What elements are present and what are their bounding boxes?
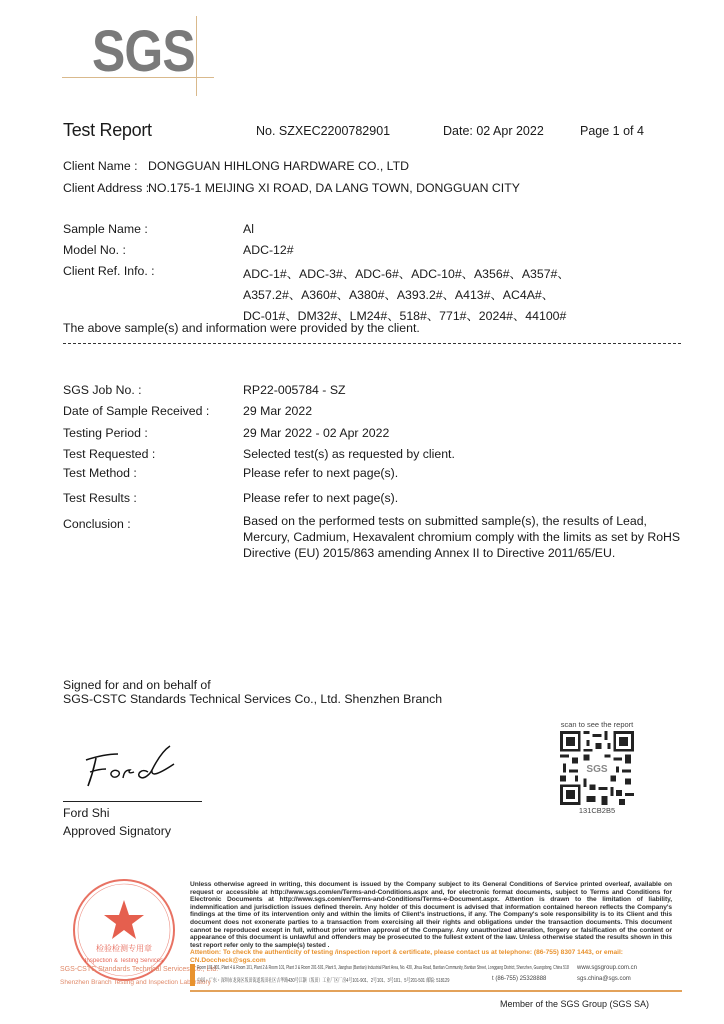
model-no-value: ADC-12#	[243, 243, 294, 257]
client-name-label: Client Name :	[63, 159, 138, 173]
client-address-label: Client Address :	[63, 181, 149, 195]
job-no-value: RP22-005784 - SZ	[243, 383, 346, 397]
legal-disclaimer: Unless otherwise agreed in writing, this…	[190, 881, 672, 949]
address-english: Room 101-901, Plant 4 & Room 101, Plant …	[197, 965, 569, 971]
model-no-label: Model No. :	[63, 243, 126, 257]
client-address-value: NO.175-1 MEIJING XI ROAD, DA LANG TOWN, …	[148, 181, 520, 195]
conclusion-line: Directive (EU) 2015/863 amending Annex I…	[243, 546, 615, 560]
testing-period-label: Testing Period :	[63, 426, 148, 440]
signer-name: Ford Shi	[63, 806, 109, 820]
report-title: Test Report	[63, 120, 152, 141]
test-results-label: Test Results :	[63, 491, 137, 505]
svg-text:SGS: SGS	[586, 764, 608, 775]
sample-name-label: Sample Name :	[63, 222, 148, 236]
address-chinese: 中国・广东・深圳市龙岗区坂田街道坂田社区吉华路430号江灏（坂田）工业厂区厂房4…	[197, 976, 449, 984]
client-ref-line: ADC-1#、ADC-3#、ADC-6#、ADC-10#、A356#、A357#…	[243, 264, 570, 282]
client-name-value: DONGGUAN HIHLONG HARDWARE CO., LTD	[148, 159, 409, 173]
page-indicator: Page 1 of 4	[580, 124, 644, 138]
logo-accent-line	[62, 77, 214, 78]
company-line: SGS-CSTC Standards Technical Services Co…	[63, 692, 442, 706]
client-ref-label: Client Ref. Info. :	[63, 264, 155, 278]
test-method-value: Please refer to next page(s).	[243, 466, 398, 480]
signer-title: Approved Signatory	[63, 824, 171, 838]
authenticity-notice: Attention: To check the authenticity of …	[190, 949, 672, 964]
job-no-label: SGS Job No. :	[63, 383, 142, 397]
date-received-label: Date of Sample Received :	[63, 404, 209, 418]
stamp-branch-text: Shenzhen Branch Testing and Inspection L…	[60, 979, 211, 986]
conclusion-label: Conclusion :	[63, 517, 131, 531]
email-link[interactable]: sgs.china@sgs.com	[577, 976, 631, 982]
handwritten-signature	[78, 742, 188, 792]
footer-rule	[190, 990, 682, 992]
test-requested-value: Selected test(s) as requested by client.	[243, 447, 455, 461]
address-accent-bar	[190, 964, 195, 986]
client-ref-line: A357.2#、A360#、A380#、A393.2#、A413#、AC4A#、	[243, 285, 554, 303]
report-date: Date: 02 Apr 2022	[443, 124, 544, 138]
test-method-label: Test Method :	[63, 466, 137, 480]
test-results-value: Please refer to next page(s).	[243, 491, 398, 505]
signature-line	[63, 801, 202, 802]
svg-text:Inspection & Testing Services: Inspection & Testing Services	[85, 958, 163, 964]
date-received-value: 29 Mar 2022	[243, 404, 312, 418]
sgs-logo: SGS	[92, 22, 195, 82]
test-requested-label: Test Requested :	[63, 447, 155, 461]
on-behalf-line: Signed for and on behalf of	[63, 678, 211, 692]
testing-period-value: 29 Mar 2022 - 02 Apr 2022	[243, 426, 389, 440]
member-statement: Member of the SGS Group (SGS SA)	[500, 999, 649, 1009]
provided-note: The above sample(s) and information were…	[63, 321, 420, 335]
qr-code-id: 131CB2B5	[557, 806, 637, 815]
conclusion-line: Mercury, Cadmium, Hexavalent chromium co…	[243, 530, 680, 544]
sample-name-value: Al	[243, 222, 254, 236]
qr-caption: scan to see the report	[557, 720, 637, 729]
svg-text:检验检测专用章: 检验检测专用章	[96, 943, 152, 953]
qr-code-icon[interactable]: SGS	[560, 731, 634, 805]
conclusion-line: Based on the performed tests on submitte…	[243, 514, 647, 528]
report-number: No. SZXEC2200782901	[256, 124, 390, 138]
section-divider	[63, 343, 681, 344]
logo-accent-line-vertical	[196, 16, 197, 96]
qr-block: scan to see the report SGS 131CB2B5	[557, 720, 637, 815]
telephone: t (86-755) 25328888	[492, 976, 546, 982]
website-link[interactable]: www.sgsgroup.com.cn	[577, 965, 637, 971]
